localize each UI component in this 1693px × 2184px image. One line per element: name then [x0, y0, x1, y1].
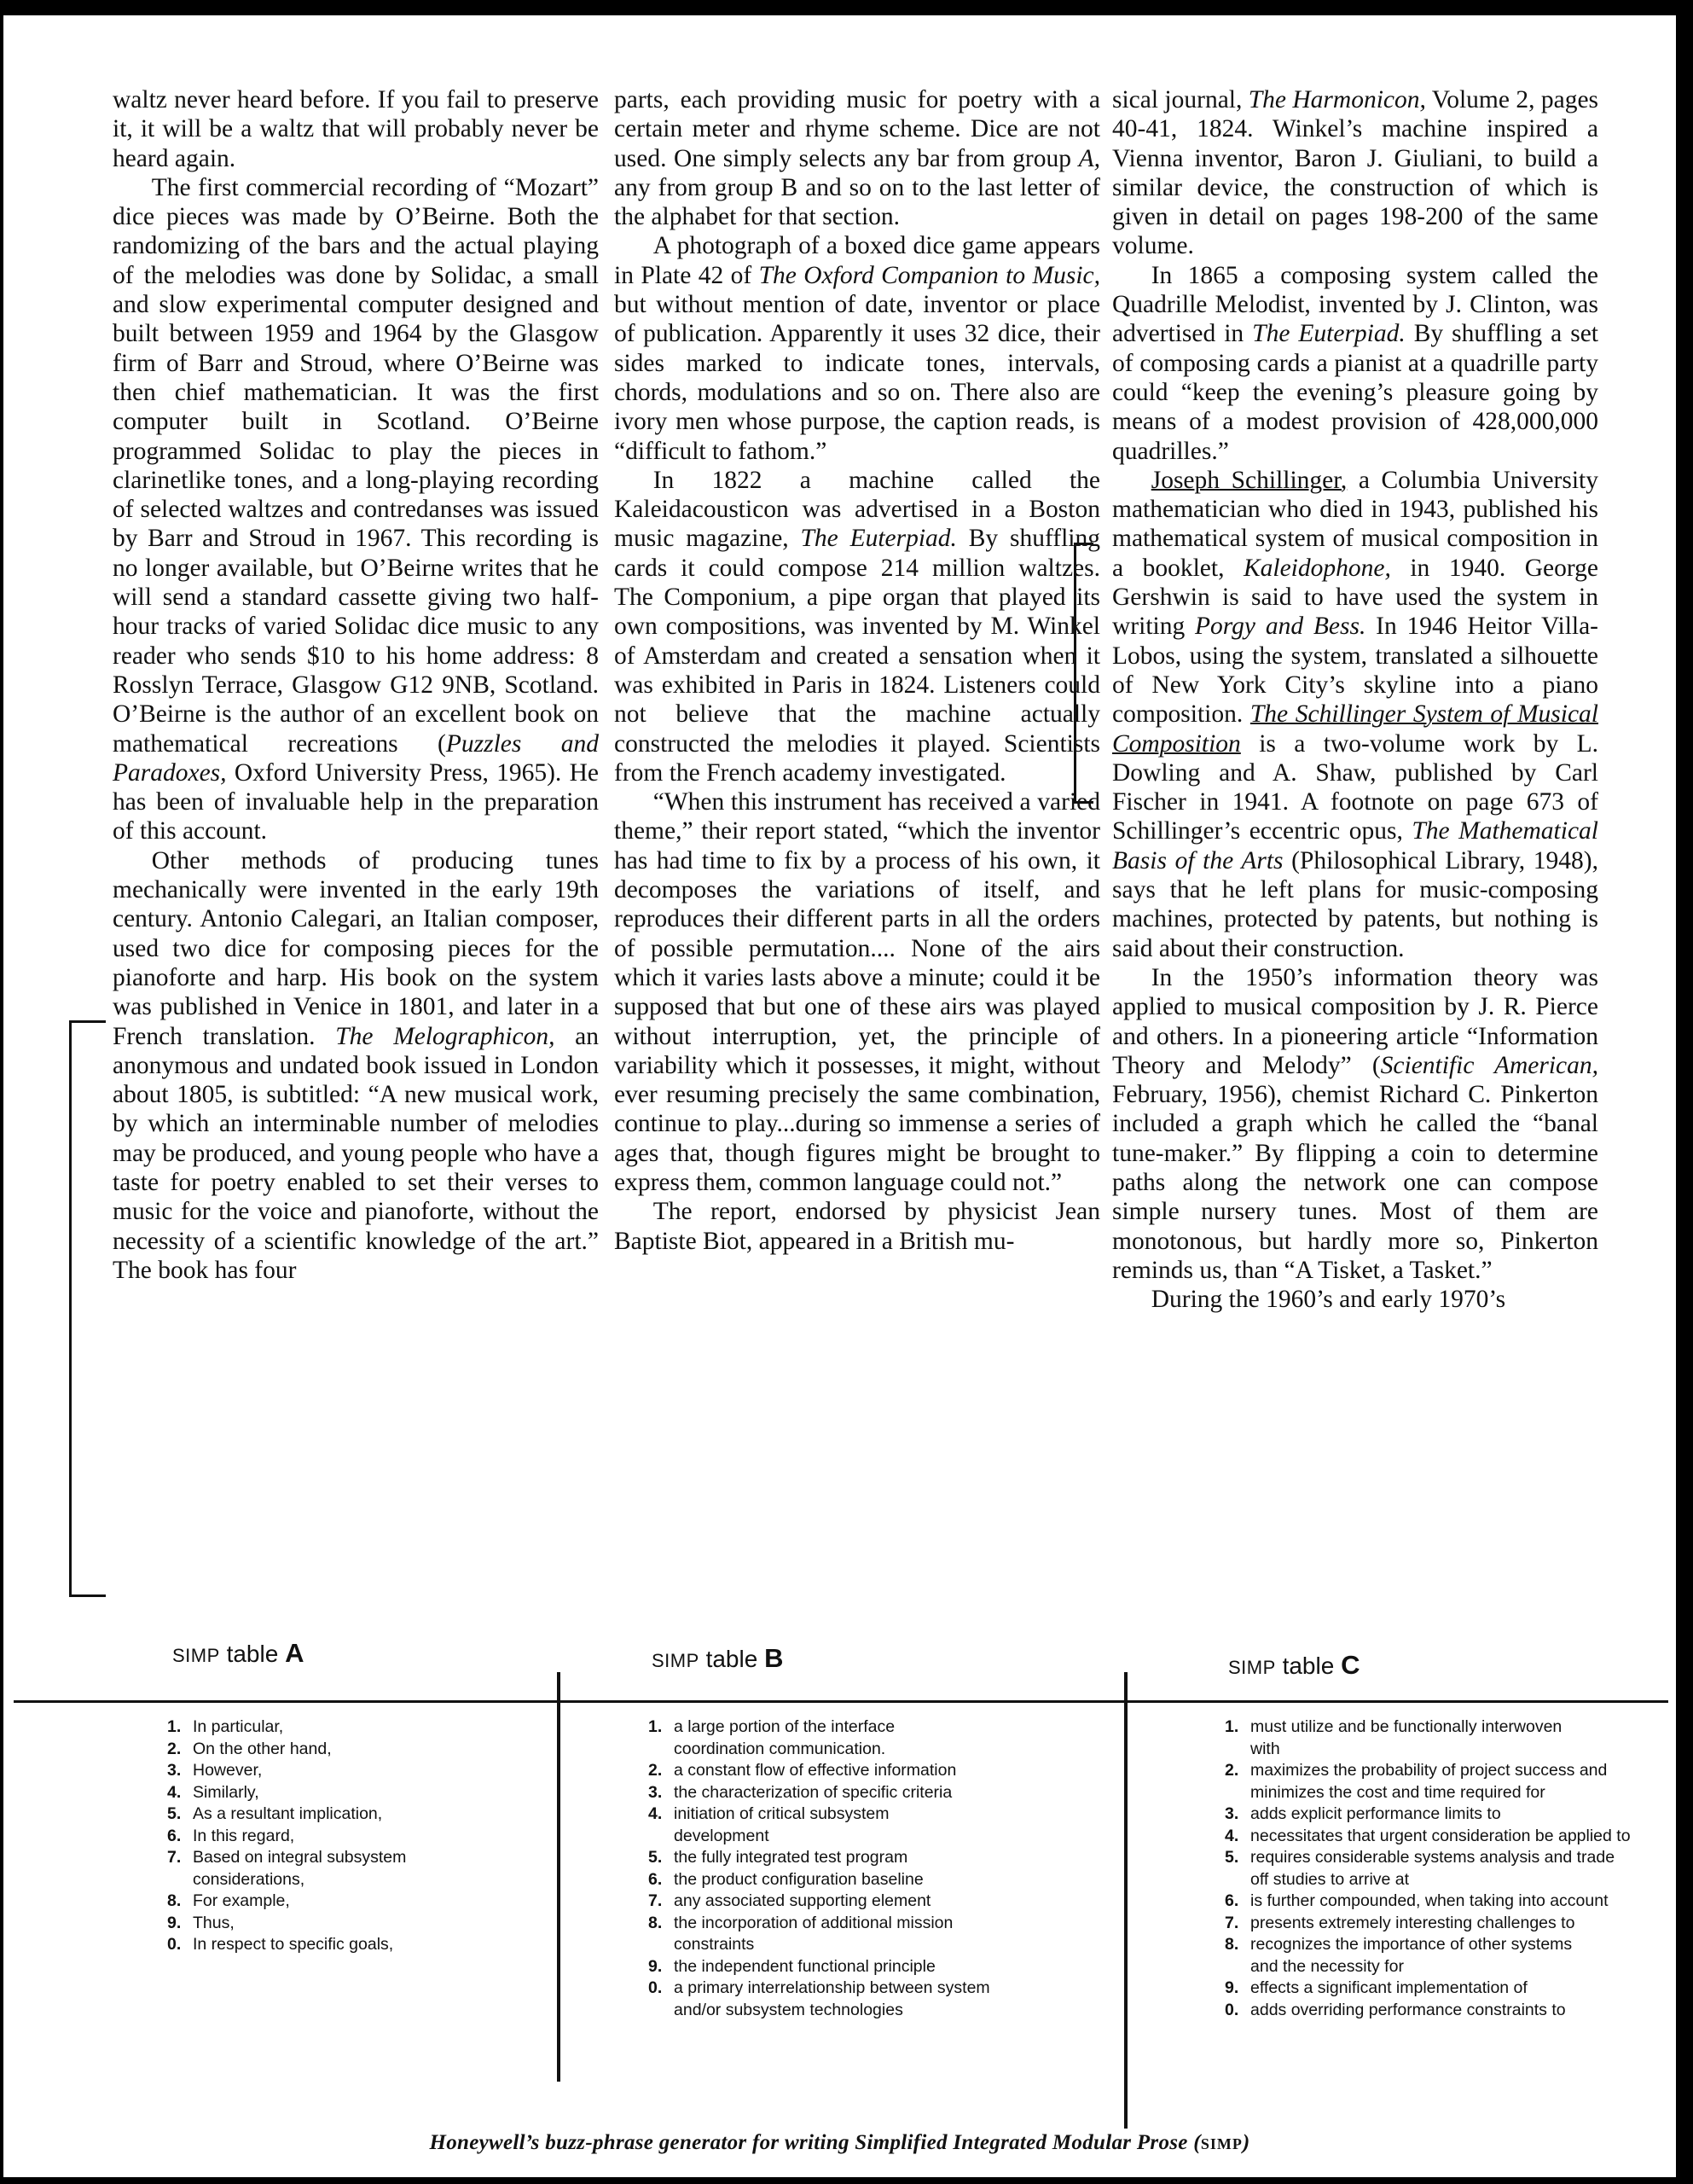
scanned-page: waltz never heard before. If you fail to… [3, 15, 1676, 2177]
table-c-list: 1.must utilize and be functionally inter… [1225, 1716, 1643, 2021]
article-column-2: parts, each providing music for poetry w… [614, 85, 1100, 1256]
list-item: 8.recognizes the importance of other sys… [1225, 1934, 1592, 1978]
paragraph: sical journal, The Harmonicon, Volume 2,… [1112, 85, 1598, 261]
list-item: 0.In respect to specific goals, [167, 1934, 508, 1956]
list-item: 9.the independent functional principle [648, 1956, 1023, 1978]
list-item: 7.presents extremely interesting challen… [1225, 1913, 1677, 1935]
list-item: 8.the incorporation of additional missio… [648, 1913, 1006, 1956]
list-item: 7.Based on integral subsystem considerat… [167, 1847, 440, 1891]
margin-bracket-left [69, 1020, 106, 1597]
table-divider-bc [1124, 1672, 1128, 2129]
paragraph: Joseph Schillinger, a Columbia Universit… [1112, 466, 1598, 963]
margin-bracket-right [1074, 543, 1093, 804]
table-b-list: 1.a large portion of the interface coord… [648, 1716, 1023, 2021]
list-item: 5.requires considerable systems analysis… [1225, 1847, 1634, 1891]
paragraph: “When this instrument has received a var… [614, 787, 1100, 1197]
paragraph: The first commercial recording of “Mozar… [113, 173, 599, 846]
list-item: 6.the product configuration baseline [648, 1869, 1023, 1891]
figure-caption: Honeywell’s buzz-phrase generator for wr… [3, 2131, 1676, 2155]
list-item: 0.adds overriding performance constraint… [1225, 2000, 1677, 2022]
paragraph: The report, endorsed by physicist Jean B… [614, 1197, 1100, 1256]
paragraph: In 1865 a composing system called the Qu… [1112, 261, 1598, 466]
paragraph: In 1822 a machine called the Kaleidacous… [614, 466, 1100, 787]
list-item: 0.a primary interrelationship between sy… [648, 1978, 1032, 2021]
list-item: 3.adds explicit performance limits to [1225, 1804, 1643, 1826]
list-item: 2.On the other hand, [167, 1739, 508, 1761]
table-b-heading: SIMP table B [652, 1643, 783, 1674]
table-a-list: 1.In particular, 2.On the other hand, 3.… [167, 1716, 508, 1956]
paragraph: Other methods of producing tunes mechani… [113, 846, 599, 1285]
list-item: 4.initiation of critical subsystem devel… [648, 1804, 947, 1847]
paragraph: waltz never heard before. If you fail to… [113, 85, 599, 173]
list-item: 6.In this regard, [167, 1826, 508, 1848]
paragraph: In the 1950’s information theory was app… [1112, 963, 1598, 1285]
table-a-heading: SIMP table A [172, 1638, 304, 1669]
list-item: 2.maximizes the probability of project s… [1225, 1760, 1643, 1804]
list-item: 9.effects a significant implementation o… [1225, 1978, 1643, 2000]
list-item: 9.Thus, [167, 1913, 508, 1935]
list-item: 4.Similarly, [167, 1782, 508, 1804]
list-item: 7.any associated supporting element [648, 1891, 1023, 1913]
list-item: 4.necessitates that urgent consideration… [1225, 1826, 1651, 1848]
paragraph: parts, each providing music for poetry w… [614, 85, 1100, 231]
list-item: 3.the characterization of specific crite… [648, 1782, 1023, 1804]
list-item: 1.In particular, [167, 1716, 508, 1739]
underlined-name: Joseph Schillinger, [1151, 467, 1348, 494]
list-item: 2.a constant flow of effective informati… [648, 1760, 1023, 1782]
paragraph: A photograph of a boxed dice game appear… [614, 231, 1100, 465]
list-item: 5.the fully integrated test program [648, 1847, 1023, 1869]
list-item: 5.As a resultant implication, [167, 1804, 508, 1826]
list-item: 3.However, [167, 1760, 508, 1782]
table-header-rule [14, 1700, 1668, 1703]
list-item: 6.is further compounded, when taking int… [1225, 1891, 1626, 1913]
table-divider-ab [557, 1672, 560, 2082]
article-column-1: waltz never heard before. If you fail to… [113, 85, 599, 1285]
list-item: 1.must utilize and be functionally inter… [1225, 1716, 1574, 1760]
list-item: 1.a large portion of the interface coord… [648, 1716, 947, 1760]
list-item: 8.For example, [167, 1891, 508, 1913]
article-column-3: sical journal, The Harmonicon, Volume 2,… [1112, 85, 1598, 1314]
paragraph: During the 1960’s and early 1970’s [1112, 1285, 1598, 1314]
table-c-heading: SIMP table C [1228, 1650, 1360, 1681]
